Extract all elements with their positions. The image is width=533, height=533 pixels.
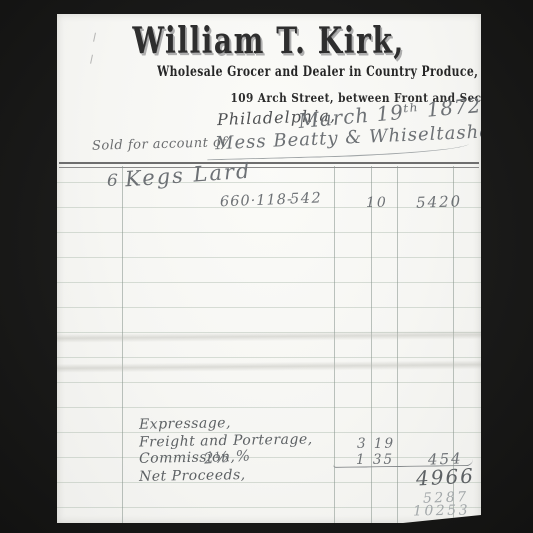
scanned-photo-frame: William T. Kirk, Wholesale Grocer and De… (0, 0, 533, 533)
column-line-weight (334, 166, 335, 523)
business-name: William T. Kirk, (133, 20, 405, 62)
column-line-price (371, 166, 372, 523)
charge-label-expressage: Expressage, (139, 415, 231, 433)
letterhead: William T. Kirk, (57, 20, 481, 62)
net-proceeds-amount: 4966 (415, 463, 475, 490)
item-amount: 5420 (416, 192, 463, 212)
item-net-weight: 542 (290, 190, 323, 207)
freight-amount: 3 19 (357, 436, 395, 452)
charge-label-net-proceeds: Net Proceeds, (139, 467, 246, 485)
item-quantity: 6 (107, 171, 118, 191)
tagline-row: Wholesale Grocer and Dealer in Country P… (117, 61, 481, 80)
item-price: 10 (366, 195, 388, 211)
pencil-mark (90, 55, 96, 65)
pencil-sum-grand: 10253 (413, 503, 470, 520)
business-tagline: Wholesale Grocer and Dealer in Country P… (157, 64, 478, 80)
commission-rate-note: 2½ % (203, 446, 251, 467)
column-line-dollars (397, 166, 398, 523)
item-weights: 660·118- (220, 192, 293, 211)
billhead-document: William T. Kirk, Wholesale Grocer and De… (57, 14, 481, 523)
column-line-qty (122, 166, 123, 523)
